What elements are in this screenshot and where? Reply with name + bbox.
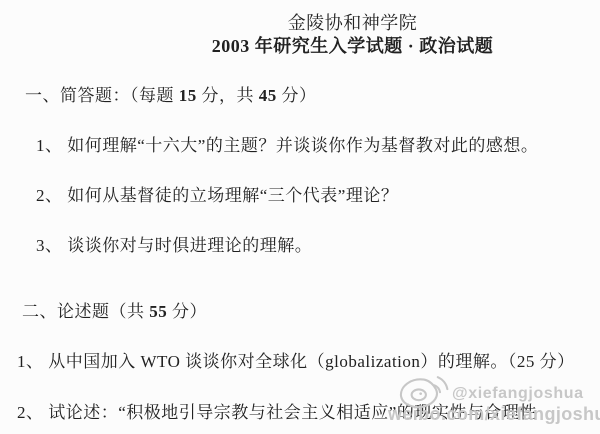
section-2-question-1: 1、 从中国加入 WTO 谈谈你对全球化（globalization）的理解。（… xyxy=(17,352,575,372)
exam-title: 2003 年研究生入学试题 · 政治试题 xyxy=(105,36,600,56)
section-1-heading: 一、简答题：（每题 15 分，共 45 分） xyxy=(25,86,317,106)
section-1-question-2: 2、 如何从基督徒的立场理解“三个代表”理论？ xyxy=(36,186,398,206)
section-1-points-each: 15 xyxy=(179,86,197,105)
section-2-heading-post: 分） xyxy=(167,302,207,321)
section-2-question-2: 2、 试论述：“积极地引导宗教与社会主义相适应”的现实性与合理性 xyxy=(17,403,537,423)
section-2-heading: 二、论述题（共 55 分） xyxy=(22,302,207,322)
section-1-points-total: 45 xyxy=(259,86,277,105)
section-1-heading-pre: 一、简答题：（每题 xyxy=(25,86,179,105)
section-1-heading-mid: 分，共 xyxy=(197,86,259,105)
section-2-heading-pre: 二、论述题（共 xyxy=(22,302,149,321)
section-1-question-3: 3、 谈谈你对与时俱进理论的理解。 xyxy=(36,236,312,256)
school-name: 金陵协和神学院 xyxy=(105,13,600,33)
section-1-heading-post: 分） xyxy=(277,86,317,105)
exam-paper-page: 金陵协和神学院 2003 年研究生入学试题 · 政治试题 一、简答题：（每题 1… xyxy=(0,0,600,434)
watermark-handle: @xiefangjoshua xyxy=(452,385,584,403)
section-2-points-total: 55 xyxy=(149,302,167,321)
section-1-question-1: 1、 如何理解“十六大”的主题？并谈谈你作为基督教对此的感想。 xyxy=(36,136,538,156)
